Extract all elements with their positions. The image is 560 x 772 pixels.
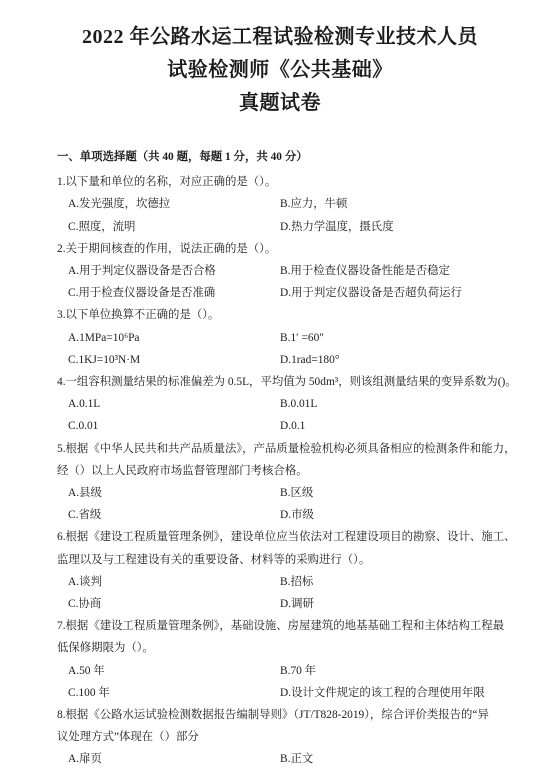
question-block: 6.根据《建设工程质量管理条例》，建设单位应当依法对工程建设项目的勘察、设计、施… (57, 526, 520, 615)
question-option: A.扉页 (68, 748, 280, 770)
question-stem-line: 1.以下量和单位的名称，对应正确的是（）。 (57, 171, 520, 193)
question-option: C.1KJ=10³N·M (68, 349, 280, 371)
question-option: D.热力学温度，摄氏度 (280, 216, 520, 238)
question-option: D.调研 (280, 593, 520, 615)
question-stem-line: 7.根据《建设工程质量管理条例》，基础设施、房屋建筑的地基基础工程和主体结构工程… (57, 615, 520, 637)
question-stem-line: 3.以下单位换算不正确的是（）。 (57, 304, 520, 326)
question-option: A.谈判 (68, 571, 280, 593)
question-option: B.70 年 (280, 660, 520, 682)
question-option: B.招标 (280, 571, 520, 593)
questions-list: 1.以下量和单位的名称，对应正确的是（）。 A.发光强度，坎德拉B.应力，牛顿C… (57, 171, 520, 770)
question-option: A.50 年 (68, 660, 280, 682)
question-option: D.用于判定仪器设备是否超负荷运行 (280, 282, 520, 304)
question-stem-line: 4.一组容积测量结果的标准偏差为 0.5L，平均值为 50dm³，则该组测量结果… (57, 371, 520, 393)
question-option: A.用于判定仪器设备是否合格 (68, 260, 280, 282)
question-option: A.县级 (68, 482, 280, 504)
exam-title-line-2: 试验检测师《公共基础》 (0, 54, 560, 87)
question-block: 3.以下单位换算不正确的是（）。 A.1MPa=10⁶PaB.1′ =60″C.… (57, 304, 520, 371)
exam-content: 一、单项选择题（共 40 题，每题 1 分，共 40 分） 1.以下量和单位的名… (57, 146, 520, 771)
question-stem: 1.以下量和单位的名称，对应正确的是（）。 (57, 171, 520, 193)
question-stem-line: 6.根据《建设工程质量管理条例》，建设单位应当依法对工程建设项目的勘察、设计、施… (57, 526, 520, 548)
question-stem: 6.根据《建设工程质量管理条例》，建设单位应当依法对工程建设项目的勘察、设计、施… (57, 526, 520, 570)
question-option: B.正文 (280, 748, 520, 770)
question-options: A.用于判定仪器设备是否合格B.用于检查仪器设备性能是否稳定C.用于检查仪器设备… (68, 260, 520, 304)
question-stem: 3.以下单位换算不正确的是（）。 (57, 304, 520, 326)
question-stem: 7.根据《建设工程质量管理条例》，基础设施、房屋建筑的地基基础工程和主体结构工程… (57, 615, 520, 659)
question-block: 2.关于期间核查的作用，说法正确的是（）。 A.用于判定仪器设备是否合格B.用于… (57, 238, 520, 305)
exam-title-line-3: 真题试卷 (0, 87, 560, 120)
question-block: 1.以下量和单位的名称，对应正确的是（）。 A.发光强度，坎德拉B.应力，牛顿C… (57, 171, 520, 238)
question-option: B.区级 (280, 482, 520, 504)
question-option: C.照度，流明 (68, 216, 280, 238)
question-block: 7.根据《建设工程质量管理条例》，基础设施、房屋建筑的地基基础工程和主体结构工程… (57, 615, 520, 704)
question-option: D.设计文件规定的该工程的合理使用年限 (280, 682, 520, 704)
question-option: A.发光强度，坎德拉 (68, 193, 280, 215)
question-option: C.协商 (68, 593, 280, 615)
question-options: A.50 年B.70 年C.100 年D.设计文件规定的该工程的合理使用年限 (68, 660, 520, 704)
question-option: C.省级 (68, 504, 280, 526)
question-option: C.0.01 (68, 415, 280, 437)
question-block: 4.一组容积测量结果的标准偏差为 0.5L，平均值为 50dm³，则该组测量结果… (57, 371, 520, 438)
question-stem: 8.根据《公路水运试验检测数据报告编制导则》（JT/T828-2019），综合评… (57, 704, 520, 748)
question-option: D.1rad=180° (280, 349, 520, 371)
title-block: 2022 年公路水运工程试验检测专业技术人员 试验检测师《公共基础》 真题试卷 (0, 0, 560, 120)
question-options: A.扉页B.正文 (68, 748, 520, 770)
section-header: 一、单项选择题（共 40 题，每题 1 分，共 40 分） (57, 146, 520, 168)
question-block: 5.根据《中华人民共和共产品质量法》，产品质量检验机构必须具备相应的检测条件和能… (57, 438, 520, 527)
question-stem-line: 8.根据《公路水运试验检测数据报告编制导则》（JT/T828-2019），综合评… (57, 704, 520, 726)
question-option: B.1′ =60″ (280, 327, 520, 349)
question-option: B.用于检查仪器设备性能是否稳定 (280, 260, 520, 282)
question-options: A.谈判B.招标C.协商D.调研 (68, 571, 520, 615)
question-stem-line: 2.关于期间核查的作用，说法正确的是（）。 (57, 238, 520, 260)
question-options: A.0.1LB.0.01LC.0.01D.0.1 (68, 393, 520, 437)
question-stem-line: 低保修期限为（）。 (57, 637, 520, 659)
question-stem-line: 5.根据《中华人民共和共产品质量法》，产品质量检验机构必须具备相应的检测条件和能… (57, 438, 520, 460)
question-option: D.市级 (280, 504, 520, 526)
question-options: A.县级B.区级C.省级D.市级 (68, 482, 520, 526)
question-stem-line: 经（）以上人民政府市场监督管理部门考核合格。 (57, 460, 520, 482)
question-option: B.0.01L (280, 393, 520, 415)
question-stem-line: 监理以及与工程建设有关的重要设备、材料等的采购进行（）。 (57, 549, 520, 571)
exam-title-line-1: 2022 年公路水运工程试验检测专业技术人员 (0, 21, 560, 54)
question-option: C.100 年 (68, 682, 280, 704)
question-options: A.1MPa=10⁶PaB.1′ =60″C.1KJ=10³N·MD.1rad=… (68, 327, 520, 371)
question-option: B.应力，牛顿 (280, 193, 520, 215)
question-options: A.发光强度，坎德拉B.应力，牛顿C.照度，流明D.热力学温度，摄氏度 (68, 193, 520, 237)
question-stem: 4.一组容积测量结果的标准偏差为 0.5L，平均值为 50dm³，则该组测量结果… (57, 371, 520, 393)
question-stem: 2.关于期间核查的作用，说法正确的是（）。 (57, 238, 520, 260)
question-block: 8.根据《公路水运试验检测数据报告编制导则》（JT/T828-2019），综合评… (57, 704, 520, 771)
question-option: C.用于检查仪器设备是否准确 (68, 282, 280, 304)
question-option: A.0.1L (68, 393, 280, 415)
exam-paper-page: 2022 年公路水运工程试验检测专业技术人员 试验检测师《公共基础》 真题试卷 … (0, 0, 560, 772)
question-stem-line: 议处理方式”体现在（）部分 (57, 726, 520, 748)
question-stem: 5.根据《中华人民共和共产品质量法》，产品质量检验机构必须具备相应的检测条件和能… (57, 438, 520, 482)
question-option: D.0.1 (280, 415, 520, 437)
question-option: A.1MPa=10⁶Pa (68, 327, 280, 349)
